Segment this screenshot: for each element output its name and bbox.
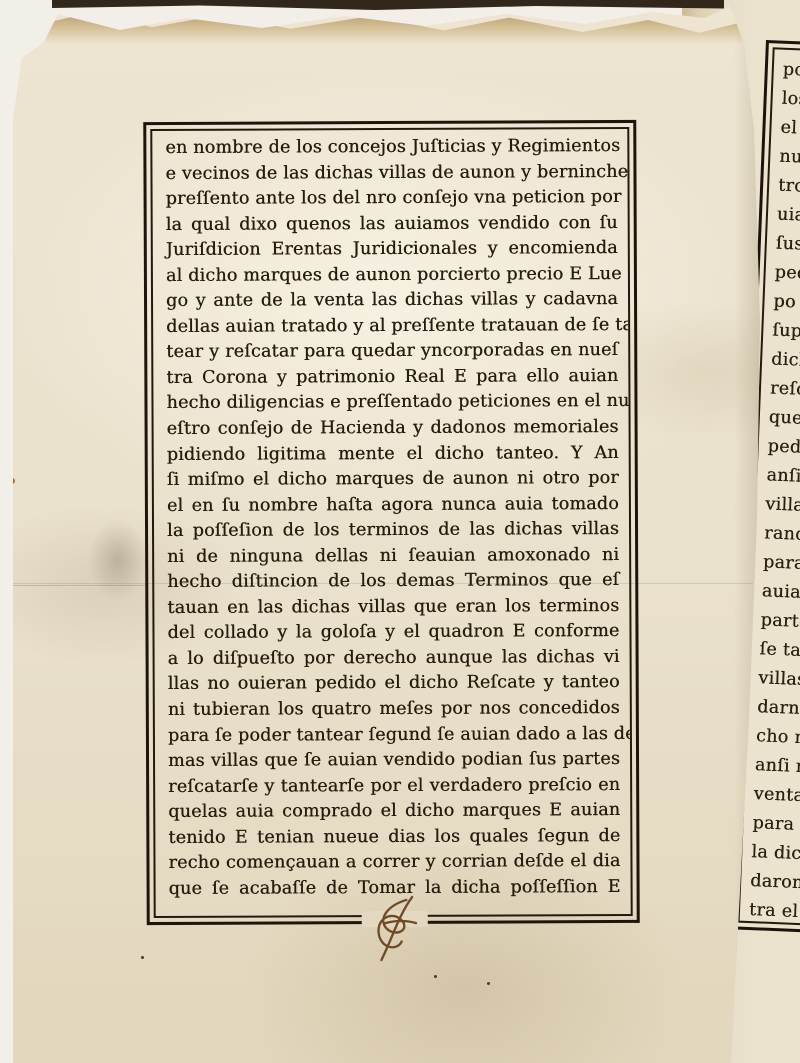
parchment-spot (9, 478, 15, 484)
manuscript-text-line: la qual dixo quenos las auiamos vendido … (166, 211, 618, 239)
manuscript-text-line: e vecinos de las dichas villas de aunon … (165, 160, 617, 188)
manuscript-text-line: go y ante de la venta las dichas villas … (166, 287, 618, 315)
manuscript-photo: polosel anutrouiaſuspedipo dſupldichreſc… (0, 0, 800, 1063)
manuscript-text-line: ſi miſmo el dicho marques de aunon ni ot… (167, 466, 619, 494)
parchment-spot (487, 982, 490, 985)
vellum-folio: en nombre de los concejos Juſticias y Re… (0, 0, 800, 1063)
parchment-spot (434, 975, 437, 978)
manuscript-text-line: preſſento ante los del nro conſejo vna p… (166, 185, 618, 213)
binding-edge-shadow (52, 0, 724, 10)
manuscript-text-line: reſcatarſe y tantearſe por el verdadero … (168, 773, 620, 801)
manuscript-text-line: Juriſdicion Erentas Juridicionales y enc… (166, 236, 618, 264)
manuscript-text-line: tauan en las dichas villas que eran los … (167, 594, 619, 622)
manuscript-text-line: tenido E tenian nueue dias los quales ſe… (168, 824, 620, 852)
manuscript-text-line: en nombre de los concejos Juſticias y Re… (165, 134, 617, 162)
manuscript-text-line: eſtro conſejo de Hacienda y dadonos memo… (167, 415, 619, 443)
deckle-edge (13, 4, 743, 44)
ruled-text-frame-inner: en nombre de los concejos Juſticias y Re… (150, 127, 632, 918)
manuscript-text-line: para ſe poder tantear ſegund ſe auian da… (168, 722, 620, 750)
manuscript-text-line: pidiendo ligitima mente el dicho tanteo.… (167, 441, 619, 469)
manuscript-text-line: quelas auia comprado el dicho marques E … (168, 798, 620, 826)
manuscript-text-line: ni tubieran los quatro meſes por nos con… (168, 696, 620, 724)
adjacent-folio-line-fragment: tra el dich (748, 896, 800, 930)
ruled-text-frame: en nombre de los concejos Juſticias y Re… (143, 120, 639, 925)
manuscript-text-line: la poſſeſion de los terminos de las dich… (167, 517, 619, 545)
manuscript-text-line: del collado y la goloſa y el quadron E c… (167, 619, 619, 647)
parchment-spot (141, 956, 144, 959)
manuscript-text-line: recho començauan a correr y corrian deſd… (168, 849, 620, 877)
manuscript-text-line: hecho diſtincion de los demas Terminos q… (167, 568, 619, 596)
manuscript-text-block: en nombre de los concejos Juſticias y Re… (165, 134, 620, 902)
manuscript-text-line: mas villas que ſe auian vendido podian ſ… (168, 747, 620, 775)
manuscript-text-line: llas no ouieran pedido el dicho Reſcate … (168, 670, 620, 698)
manuscript-text-line: el en ſu nombre haſta agora nunca auia t… (167, 492, 619, 520)
manuscript-text-line: ni de ninguna dellas ni ſeauian amoxonad… (167, 543, 619, 571)
manuscript-text-line: hecho diligencias e preſſentado peticion… (166, 389, 618, 417)
ink-smudge-stain (88, 520, 148, 600)
manuscript-text-line: a lo diſpueſto por derecho aunque las di… (168, 645, 620, 673)
manuscript-text-line: tra Corona y patrimonio Real E para ello… (166, 364, 618, 392)
scribal-flourish-icon (368, 893, 426, 965)
manuscript-text-line: tear y reſcatar para quedar yncorporadas… (166, 338, 618, 366)
manuscript-text-line: al dicho marques de aunon porcierto prec… (166, 262, 618, 290)
manuscript-text-line: dellas auian tratado y al preſſente trat… (166, 313, 618, 341)
